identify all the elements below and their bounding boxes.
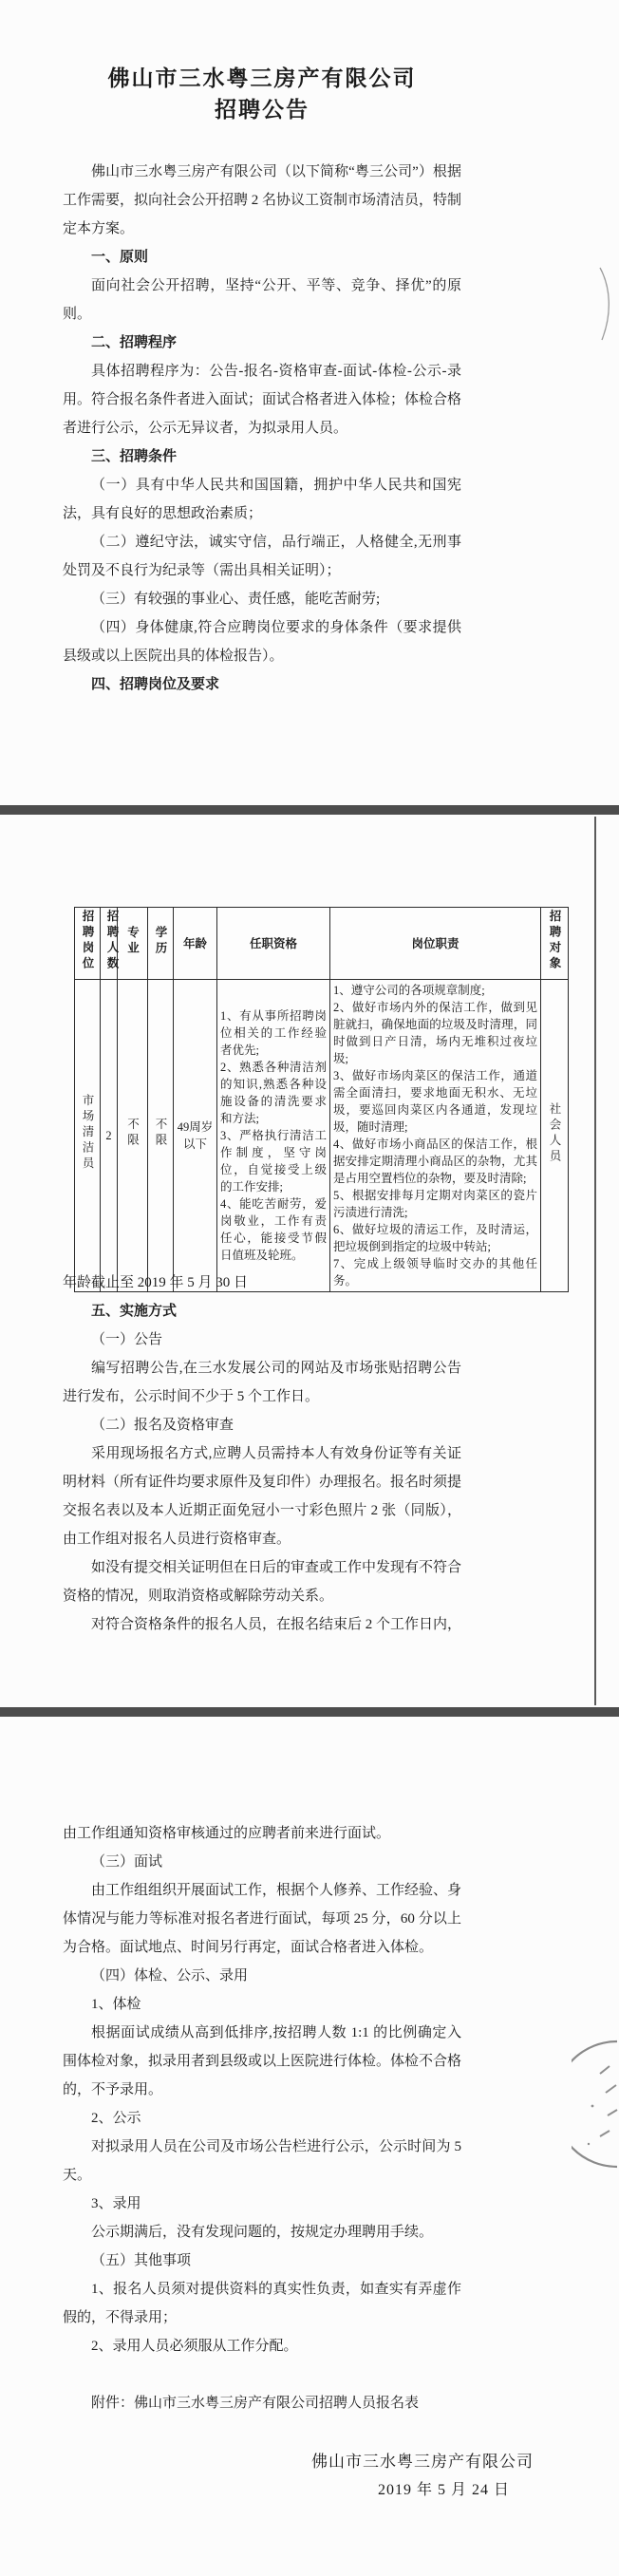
qualification-item: 3、严格执行清洁工作制度，坚守岗位，自觉接受上级的工作安排; xyxy=(220,1127,327,1195)
paragraph: （四）身体健康,符合应聘岗位要求的身体条件（要求提供县级或以上医院出具的体检报告… xyxy=(63,613,461,670)
duty-item: 5、根据安排每月定期对肉菜区的瓷片污渍进行清洗; xyxy=(333,1187,537,1221)
cell-duties: 1、遵守公司的各项规章制度; 2、做好市场内外的保洁工作，做到见脏就扫，确保地面… xyxy=(330,980,541,1292)
paragraph: 由工作组组织开展面试工作，根据个人修养、工作经验、身体情况与能力等标准对报名者进… xyxy=(63,1876,461,1962)
cell-major: 不限 xyxy=(118,980,148,1292)
paragraph: 公示期满后，没有发现问题的，按规定办理聘用手续。 xyxy=(63,2218,461,2247)
table-header-row: 招聘岗位 招聘人数 专业 学历 年龄 任职资格 岗位职责 招聘对象 xyxy=(75,908,569,980)
col-header-education: 学历 xyxy=(148,908,174,980)
paragraph: 对拟录用人员在公司及市场公告栏进行公示，公示时间为 5 天。 xyxy=(63,2133,461,2190)
paragraph: 采用现场报名方式,应聘人员需持本人有效身份证等有关证明材料（所有证件均要求原件及… xyxy=(63,1439,461,1553)
stamp-artifact xyxy=(572,2038,619,2171)
signature-company: 佛山市三水粤三房产有限公司 xyxy=(311,2448,534,2472)
section-heading-3: 三、招聘条件 xyxy=(63,442,461,471)
list-item-heading: 1、体检 xyxy=(63,1990,461,2019)
qualification-item: 2、熟悉各种清洁剂的知识,熟悉各种设施设备的清洗要求和方法; xyxy=(220,1059,327,1127)
duty-item: 3、做好市场肉菜区的保洁工作，通道需全面清扫，要求地面无积水、无垃圾，要巡回肉菜… xyxy=(333,1067,537,1136)
col-header-major: 专业 xyxy=(118,908,148,980)
subsection-heading: （二）报名及资格审查 xyxy=(63,1411,461,1439)
recruitment-table: 招聘岗位 招聘人数 专业 学历 年龄 任职资格 岗位职责 招聘对象 市场清洁员 … xyxy=(74,907,569,1292)
cell-count: 2 xyxy=(101,980,118,1292)
qualification-item: 1、有从事所招聘岗位相关的工作经验者优先; xyxy=(220,1007,327,1059)
paragraph: 由工作组通知资格审核通过的应聘者前来进行面试。 xyxy=(63,1819,461,1848)
cell-age: 49周岁以下 xyxy=(174,980,217,1292)
section-heading-1: 一、原则 xyxy=(63,243,461,272)
duty-item: 6、做好垃圾的清运工作，及时清运，把垃圾倒到指定的垃圾中转站; xyxy=(333,1221,537,1255)
page-separator-band-1 xyxy=(0,805,619,815)
paragraph: 根据面试成绩从高到低排序,按招聘人数 1:1 的比例确定入围体检对象，拟录用者到… xyxy=(63,2019,461,2104)
duty-item: 1、遵守公司的各项规章制度; xyxy=(333,982,537,999)
attachment-note: 附件：佛山市三水粤三房产有限公司招聘人员报名表 xyxy=(63,2389,461,2417)
duty-item: 4、做好市场小商品区的保洁工作，根据安排定期清理小商品区的杂物，尤其是占用空置档… xyxy=(333,1136,537,1187)
col-header-target: 招聘对象 xyxy=(541,908,569,980)
page2-body: 年龄截止至 2019 年 5 月 30 日 五、实施方式 （一）公告 编写招聘公… xyxy=(63,1269,461,1639)
col-header-age: 年龄 xyxy=(174,908,217,980)
signature-date: 2019 年 5 月 24 日 xyxy=(378,2477,510,2499)
paragraph: 编写招聘公告,在三水发展公司的网站及市场张贴招聘公告进行发布，公示时间不少于 5… xyxy=(63,1354,461,1411)
section-heading-4: 四、招聘岗位及要求 xyxy=(63,670,461,699)
section-heading-2: 二、招聘程序 xyxy=(63,329,461,357)
document-title: 佛山市三水粤三房产有限公司 招聘公告 xyxy=(63,63,461,125)
subsection-heading: （五）其他事项 xyxy=(63,2247,461,2275)
scan-edge-line xyxy=(594,817,596,1705)
cell-education: 不限 xyxy=(148,980,174,1292)
table-row: 市场清洁员 2 不限 不限 49周岁以下 1、有从事所招聘岗位相关的工作经验者优… xyxy=(75,980,569,1292)
document-title-line1: 佛山市三水粤三房产有限公司 xyxy=(63,63,461,94)
list-item-heading: 2、公示 xyxy=(63,2104,461,2133)
paragraph: （三）有较强的事业心、责任感，能吃苦耐劳; xyxy=(63,585,461,613)
page3-body: 由工作组通知资格审核通过的应聘者前来进行面试。 （三）面试 由工作组组织开展面试… xyxy=(63,1819,461,2417)
cell-qualifications: 1、有从事所招聘岗位相关的工作经验者优先; 2、熟悉各种清洁剂的知识,熟悉各种设… xyxy=(217,980,330,1292)
paragraph: 面向社会公开招聘，坚持“公开、平等、竞争、择优”的原则。 xyxy=(63,272,461,329)
subsection-heading: （四）体检、公示、录用 xyxy=(63,1962,461,1990)
col-header-qualifications: 任职资格 xyxy=(217,908,330,980)
list-item-heading: 3、录用 xyxy=(63,2190,461,2218)
paragraph: 如没有提交相关证明但在日后的审查或工作中发现有不符合资格的情况，则取消资格或解除… xyxy=(63,1553,461,1610)
page1-body: 佛山市三水粤三房产有限公司（以下简称“粤三公司”）根据工作需要，拟向社会公开招聘… xyxy=(63,158,461,699)
document-title-line2: 招聘公告 xyxy=(63,94,461,125)
page-separator-band-2 xyxy=(0,1707,619,1717)
qualification-item: 4、能吃苦耐劳，爱岗敬业，工作有责任心，能接受节假日值班及轮班。 xyxy=(220,1195,327,1264)
age-deadline-note: 年龄截止至 2019 年 5 月 30 日 xyxy=(63,1269,461,1297)
cell-position: 市场清洁员 xyxy=(75,980,101,1292)
scan-curl-artifact xyxy=(596,266,615,342)
col-header-position: 招聘岗位 xyxy=(75,908,101,980)
duty-item: 2、做好市场内外的保洁工作，做到见脏就扫，确保地面的垃圾及时清理，同时做到日产日… xyxy=(333,999,537,1067)
paragraph: 佛山市三水粤三房产有限公司（以下简称“粤三公司”）根据工作需要，拟向社会公开招聘… xyxy=(63,158,461,243)
paragraph: 具体招聘程序为：公告-报名-资格审查-面试-体检-公示-录用。符合报名条件者进入… xyxy=(63,357,461,442)
paragraph: 对符合资格条件的报名人员，在报名结束后 2 个工作日内， xyxy=(63,1610,461,1639)
col-header-count: 招聘人数 xyxy=(101,908,118,980)
col-header-duties: 岗位职责 xyxy=(330,908,541,980)
section-heading-5: 五、实施方式 xyxy=(63,1297,461,1326)
cell-target: 社会人员 xyxy=(541,980,569,1292)
paragraph: （一）具有中华人民共和国国籍，拥护中华人民共和国宪法，具有良好的思想政治素质； xyxy=(63,471,461,528)
paragraph: 2、录用人员必须服从工作分配。 xyxy=(63,2332,461,2360)
scanned-document: 佛山市三水粤三房产有限公司 招聘公告 佛山市三水粤三房产有限公司（以下简称“粤三… xyxy=(0,0,619,2576)
paragraph: （二）遵纪守法，诚实守信，品行端正，人格健全,无刑事处罚及不良行为纪录等（需出具… xyxy=(63,528,461,585)
subsection-heading: （三）面试 xyxy=(63,1848,461,1876)
subsection-heading: （一）公告 xyxy=(63,1326,461,1354)
paragraph: 1、报名人员须对提供资料的真实性负责，如查实有弄虚作假的，不得录用； xyxy=(63,2275,461,2332)
